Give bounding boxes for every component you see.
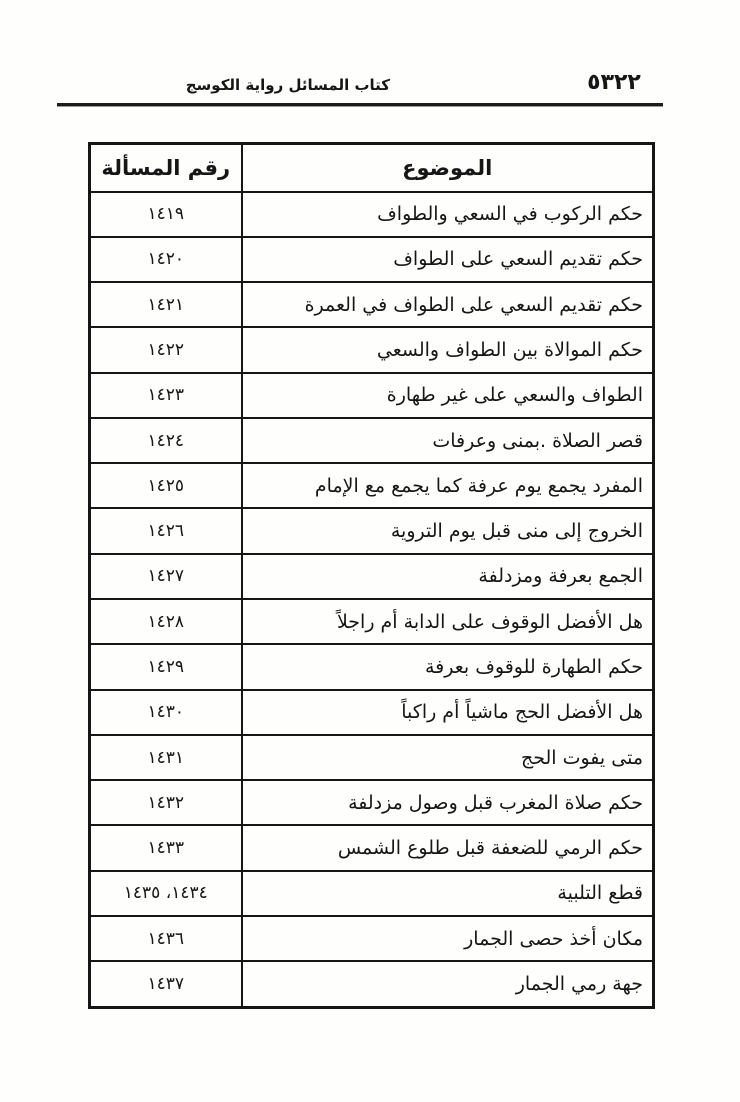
- table-header-row: الموضوع رقم المسألة: [90, 144, 654, 192]
- topic-cell: الجمع بعرفة ومزدلفة: [242, 554, 654, 599]
- topic-cell: الطواف والسعي على غير طهارة: [242, 373, 654, 418]
- table-row: حكم الطهارة للوقوف بعرفة ١٤٢٩: [90, 644, 654, 689]
- table-row: الخروج إلى منى قبل يوم التروية ١٤٢٦: [90, 508, 654, 553]
- topic-cell: الخروج إلى منى قبل يوم التروية: [242, 508, 654, 553]
- number-cell: ١٤٢١: [90, 282, 242, 327]
- number-cell: ١٤٢٧: [90, 554, 242, 599]
- table-row: الطواف والسعي على غير طهارة ١٤٢٣: [90, 373, 654, 418]
- table-row: جهة رمي الجمار ١٤٣٧: [90, 961, 654, 1007]
- table-header-topic: الموضوع: [242, 144, 654, 192]
- number-cell: ١٤٢٣: [90, 373, 242, 418]
- table-row: قطع التلبية ١٤٣٤، ١٤٣٥: [90, 871, 654, 916]
- table-header-number: رقم المسألة: [90, 144, 242, 192]
- number-cell: ١٤١٩: [90, 192, 242, 237]
- topic-cell: قطع التلبية: [242, 871, 654, 916]
- table-row: قصر الصلاة .بمنى وعرفات ١٤٢٤: [90, 418, 654, 463]
- topic-cell: حكم الركوب في السعي والطواف: [242, 192, 654, 237]
- table-row: متى يفوت الحج ١٤٣١: [90, 735, 654, 780]
- topic-cell: متى يفوت الحج: [242, 735, 654, 780]
- table-row: حكم تقديم السعي على الطواف في العمرة ١٤٢…: [90, 282, 654, 327]
- table-row: هل الأفضل الوقوف على الدابة أم راجلاً ١٤…: [90, 599, 654, 644]
- number-cell: ١٤٣٢: [90, 780, 242, 825]
- topic-cell: حكم الموالاة بين الطواف والسعي: [242, 327, 654, 372]
- table-row: المفرد يجمع يوم عرفة كما يجمع مع الإمام …: [90, 463, 654, 508]
- topic-cell: حكم تقديم السعي على الطواف في العمرة: [242, 282, 654, 327]
- topic-cell: قصر الصلاة .بمنى وعرفات: [242, 418, 654, 463]
- topic-cell: حكم الرمي للضعفة قبل طلوع الشمس: [242, 825, 654, 870]
- table-row: حكم صلاة المغرب قبل وصول مزدلفة ١٤٣٢: [90, 780, 654, 825]
- topic-cell: المفرد يجمع يوم عرفة كما يجمع مع الإمام: [242, 463, 654, 508]
- number-cell: ١٤٣٤، ١٤٣٥: [90, 871, 242, 916]
- contents-table: الموضوع رقم المسألة حكم الركوب في السعي …: [88, 142, 655, 1009]
- table-row: حكم الرمي للضعفة قبل طلوع الشمس ١٤٣٣: [90, 825, 654, 870]
- table-body: حكم الركوب في السعي والطواف ١٤١٩ حكم تقد…: [90, 192, 654, 1008]
- number-cell: ١٤٢٦: [90, 508, 242, 553]
- topic-cell: حكم صلاة المغرب قبل وصول مزدلفة: [242, 780, 654, 825]
- number-cell: ١٤٢٢: [90, 327, 242, 372]
- table-row: الجمع بعرفة ومزدلفة ١٤٢٧: [90, 554, 654, 599]
- topic-cell: حكم الطهارة للوقوف بعرفة: [242, 644, 654, 689]
- number-cell: ١٤٢٠: [90, 237, 242, 282]
- number-cell: ١٤٢٨: [90, 599, 242, 644]
- number-cell: ١٤٣٣: [90, 825, 242, 870]
- table-row: حكم تقديم السعي على الطواف ١٤٢٠: [90, 237, 654, 282]
- topic-cell: هل الأفضل الحج ماشياً أم راكباً: [242, 690, 654, 735]
- number-cell: ١٤٣٠: [90, 690, 242, 735]
- number-cell: ١٤٢٥: [90, 463, 242, 508]
- number-cell: ١٤٣٦: [90, 916, 242, 961]
- table-row: حكم الركوب في السعي والطواف ١٤١٩: [90, 192, 654, 237]
- page-number: ٥٣٢٢: [575, 70, 653, 95]
- header-rule-divider: [57, 103, 663, 107]
- number-cell: ١٤٢٩: [90, 644, 242, 689]
- number-cell: ١٤٣٧: [90, 961, 242, 1007]
- topic-cell: حكم تقديم السعي على الطواف: [242, 237, 654, 282]
- topic-cell: مكان أخذ حصى الجمار: [242, 916, 654, 961]
- number-cell: ١٤٢٤: [90, 418, 242, 463]
- table-row: حكم الموالاة بين الطواف والسعي ١٤٢٢: [90, 327, 654, 372]
- topic-cell: هل الأفضل الوقوف على الدابة أم راجلاً: [242, 599, 654, 644]
- book-title: كتاب المسائل رواية الكوسج: [200, 76, 390, 94]
- topic-cell: جهة رمي الجمار: [242, 961, 654, 1007]
- scanned-book-page: كتاب المسائل رواية الكوسج ٥٣٢٢ الموضوع ر…: [0, 0, 740, 1102]
- table-row: هل الأفضل الحج ماشياً أم راكباً ١٤٣٠: [90, 690, 654, 735]
- table-row: مكان أخذ حصى الجمار ١٤٣٦: [90, 916, 654, 961]
- number-cell: ١٤٣١: [90, 735, 242, 780]
